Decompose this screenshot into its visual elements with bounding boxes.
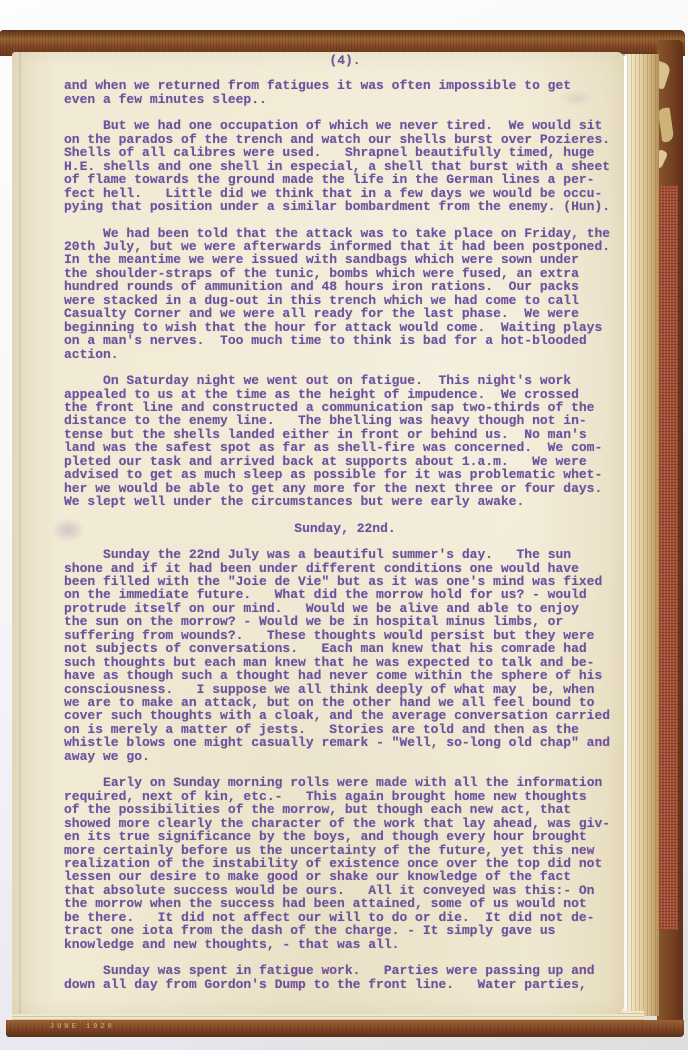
paragraph-sunday-summers-day: Sunday the 22nd July was a beautiful sum… [64,548,626,763]
book-cover-cloth-texture [658,186,678,930]
typewritten-text-column: (4). and when we returned from fatigues … [64,54,626,1004]
paper-crease [19,52,22,1014]
gilt-date-label: JUNE 1920 [50,1023,115,1031]
photo-background: JUNE 1920 (4). and when we returned from… [0,0,688,1050]
book-cover-bottom-edge: JUNE 1920 [6,1020,684,1037]
paragraph-saturday-fatigue: On Saturday night we went out on fatigue… [64,374,626,509]
page-number: (4). [64,54,626,67]
section-heading-sunday-22nd: Sunday, 22nd. [64,522,626,535]
paragraph-gordons-dump: Sunday was spent in fatigue work. Partie… [64,964,626,991]
diary-page: (4). and when we returned from fatigues … [12,52,624,1014]
paragraph-attack-postponed: We had been told that the attack was to … [64,227,626,362]
paragraph-morning-rolls: Early on Sunday morning rolls were made … [64,776,626,951]
book-page-edges [627,54,659,1016]
paragraph-fatigues-sleep: and when we returned from fatigues it wa… [64,79,626,106]
paragraph-shells-over-pozieres: But we had one occupation of which we ne… [64,119,626,213]
